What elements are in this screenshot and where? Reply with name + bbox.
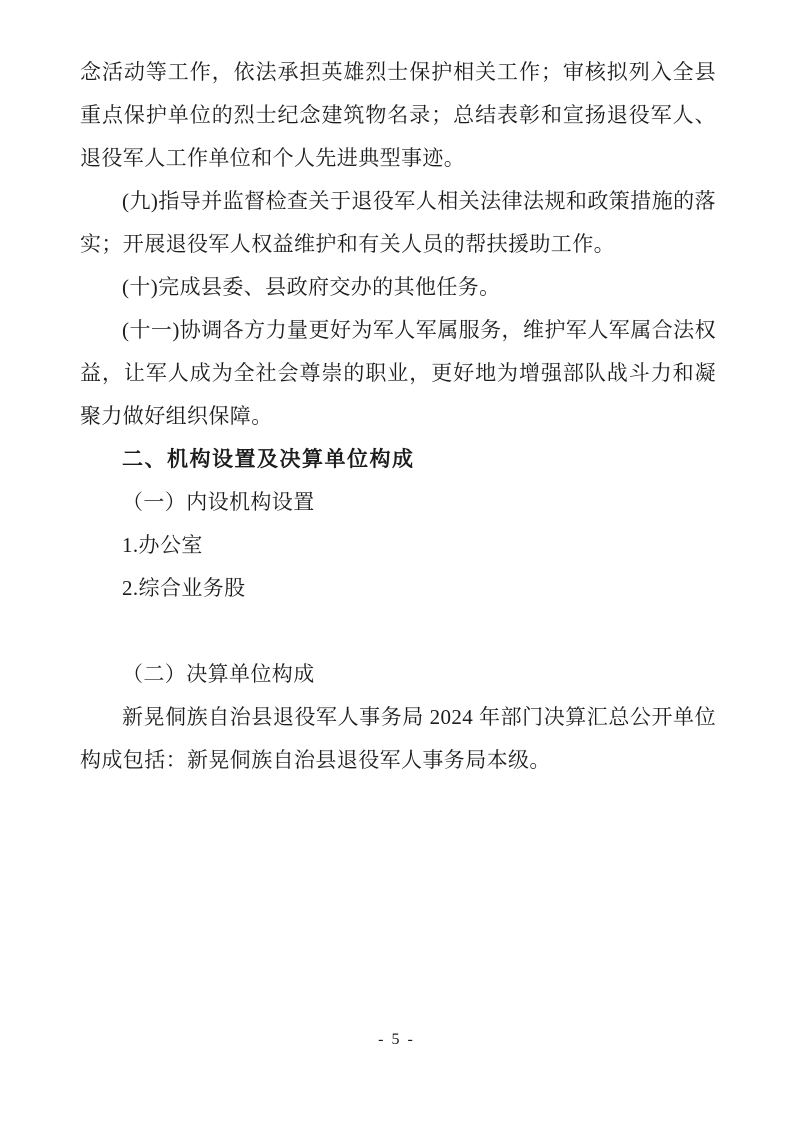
document-body: 念活动等工作，依法承担英雄烈士保护相关工作；审核拟列入全县重点保护单位的烈士纪念… (80, 51, 716, 782)
list-item-office: 1.办公室 (80, 524, 716, 567)
subsection-heading-2: （二）决算单位构成 (80, 653, 716, 696)
list-item-comprehensive-business: 2.综合业务股 (80, 567, 716, 610)
paragraph-continuation: 念活动等工作，依法承担英雄烈士保护相关工作；审核拟列入全县重点保护单位的烈士纪念… (80, 51, 716, 180)
paragraph-item-10: (十)完成县委、县政府交办的其他任务。 (80, 266, 716, 309)
paragraph-item-11: (十一)协调各方力量更好为军人军属服务，维护军人军属合法权益，让军人成为全社会尊… (80, 309, 716, 438)
subsection-heading-1: （一）内设机构设置 (80, 481, 716, 524)
paragraph-unit-composition: 新晃侗族自治县退役军人事务局 2024 年部门决算汇总公开单位构成包括：新晃侗族… (80, 696, 716, 782)
paragraph-item-9: (九)指导并监督检查关于退役军人相关法律法规和政策措施的落实；开展退役军人权益维… (80, 180, 716, 266)
blank-line (80, 610, 716, 653)
document-page: 念活动等工作，依法承担英雄烈士保护相关工作；审核拟列入全县重点保护单位的烈士纪念… (0, 0, 793, 1122)
section-heading-2: 二、机构设置及决算单位构成 (80, 438, 716, 481)
page-number: - 5 - (0, 1028, 793, 1052)
